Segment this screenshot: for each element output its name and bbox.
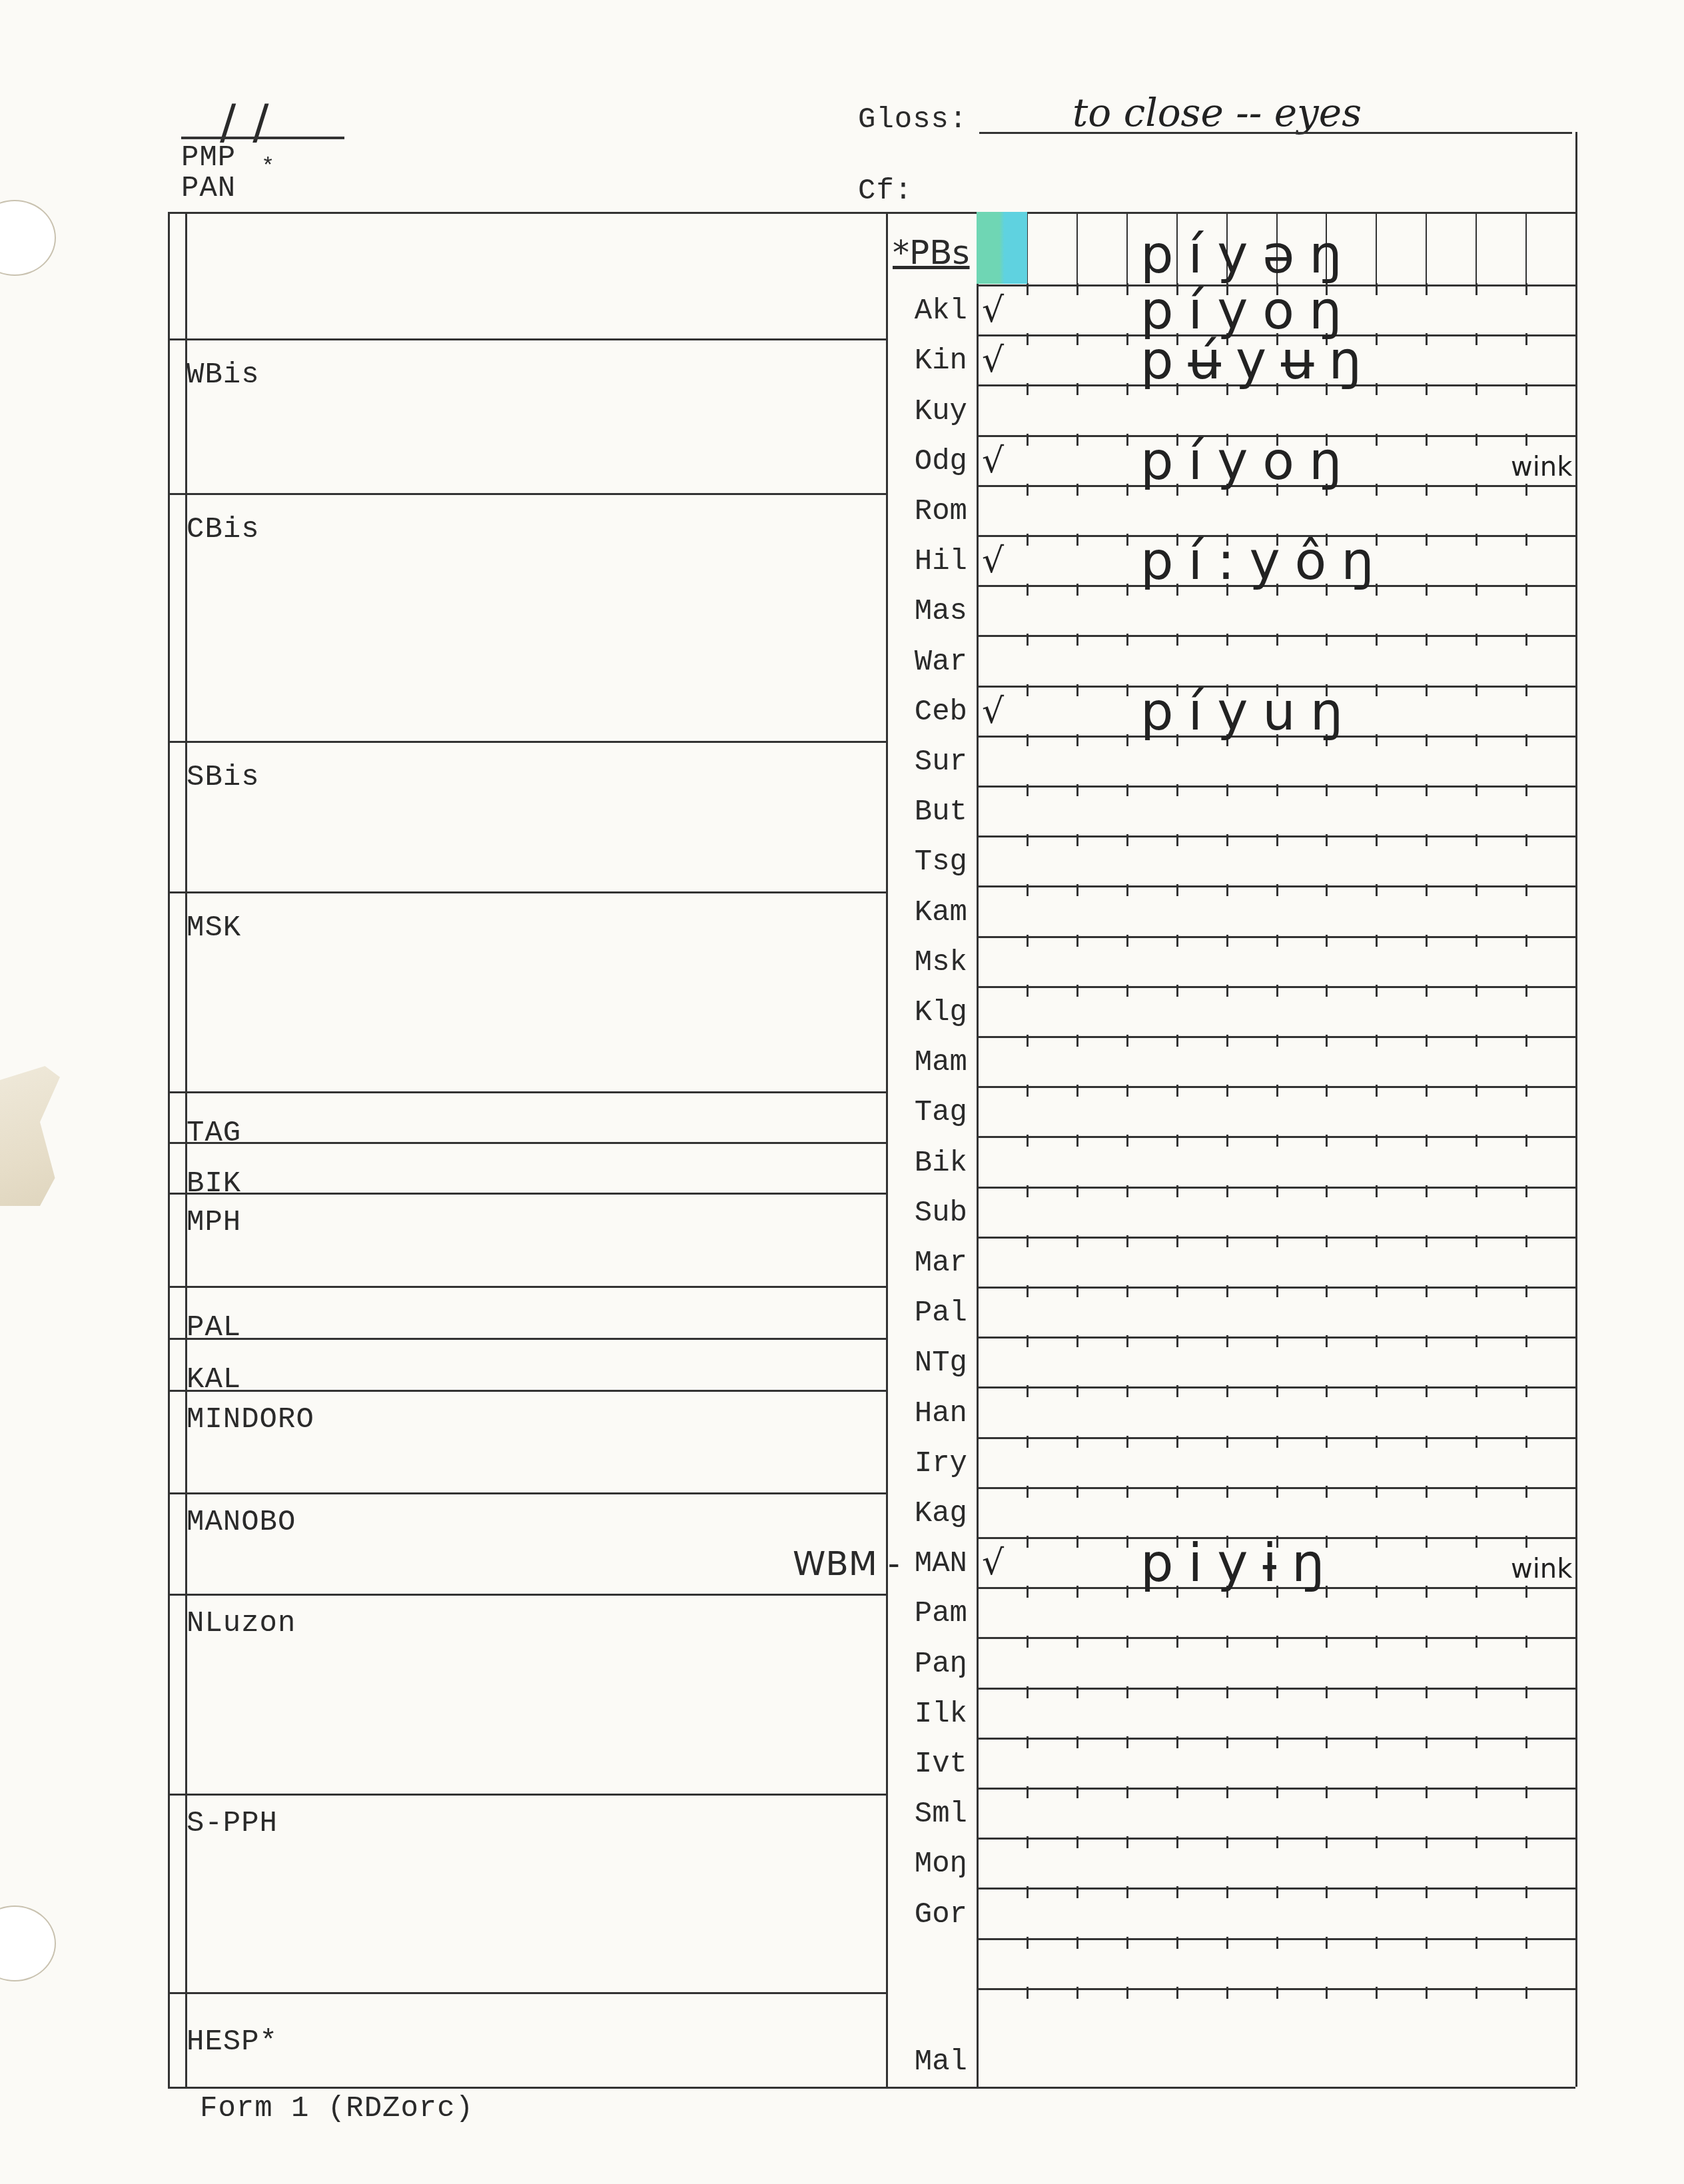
grid-tick [1475, 1987, 1477, 1999]
grid-tick [1475, 1536, 1477, 1548]
grid-tick [1027, 434, 1029, 446]
language-label: Rom [893, 495, 967, 528]
checkmark-icon[interactable]: √ [982, 1543, 1004, 1583]
checkmark-icon[interactable]: √ [982, 340, 1004, 380]
grid-tick [1276, 1235, 1278, 1247]
grid-tick [1126, 634, 1128, 646]
grid-tick [1426, 784, 1428, 796]
grid-tick [1076, 1486, 1078, 1498]
grid-tick [1076, 1636, 1078, 1648]
grid-tick [1525, 484, 1527, 496]
grid-tick [1276, 935, 1278, 947]
grid-tick [1525, 985, 1527, 997]
grid-tick [1426, 534, 1428, 546]
grid-tick [1525, 1636, 1527, 1648]
grid-tick [1525, 1035, 1527, 1047]
gloss-underline [979, 132, 1572, 134]
grid-tick [1326, 1335, 1328, 1347]
cf-label: Cf: [858, 175, 913, 208]
grid-tick [1126, 985, 1128, 997]
grid-tick [1176, 1686, 1178, 1698]
grid-tick [1426, 1836, 1428, 1848]
grid-tick [1126, 1736, 1128, 1748]
language-label: Ilk [893, 1698, 967, 1731]
grid-tick [1176, 985, 1178, 997]
pmp-asterisk: * [261, 155, 275, 180]
grid-tick [1126, 584, 1128, 596]
grid-tick [1525, 1536, 1527, 1548]
grid-tick [1376, 634, 1378, 646]
grid-tick [1426, 1636, 1428, 1648]
grid-tick [1475, 684, 1477, 696]
grid-tick [1426, 434, 1428, 446]
group-separator [168, 493, 886, 495]
grid-tick [1226, 834, 1228, 846]
language-label: Pam [893, 1597, 967, 1630]
grid-tick [1376, 684, 1378, 696]
group-notes-area[interactable] [188, 1796, 883, 1989]
reflex-form[interactable]: piyɨŋ [1140, 1534, 1339, 1594]
grid-tick [1176, 1035, 1178, 1047]
grid-tick [1426, 1786, 1428, 1798]
grid-tick [1376, 1937, 1378, 1949]
grid-tick [1126, 1185, 1128, 1197]
grid-tick [1326, 1836, 1328, 1848]
grid-tick [1525, 1185, 1527, 1197]
language-label: Mas [893, 595, 967, 628]
grid-tick [1076, 1335, 1078, 1347]
grid-tick [1027, 534, 1029, 546]
grid-tick [1027, 484, 1029, 496]
language-label: Gor [893, 1898, 967, 1931]
grid-tick [1176, 834, 1178, 846]
grid-tick [1426, 1285, 1428, 1297]
pbs-column-divider [1426, 212, 1427, 284]
grid-tick [1426, 383, 1428, 395]
grid-tick [1226, 1636, 1228, 1648]
grid-tick [1076, 283, 1078, 295]
grid-tick [1475, 333, 1477, 345]
grid-tick [1027, 1786, 1029, 1798]
grid-tick [1376, 1786, 1378, 1798]
grid-tick [1276, 1085, 1278, 1097]
checkmark-icon[interactable]: √ [982, 541, 1004, 581]
grid-tick [1076, 1686, 1078, 1698]
grid-tick [1226, 1235, 1228, 1247]
grid-tick [1076, 784, 1078, 796]
language-label: War [893, 646, 967, 679]
grid-tick [1076, 1736, 1078, 1748]
grid-tick [1226, 1736, 1228, 1748]
grid-tick [1326, 1285, 1328, 1297]
date-underline [181, 137, 344, 139]
grid-tick [1376, 1736, 1378, 1748]
grid-tick [1426, 283, 1428, 295]
grid-tick [1276, 985, 1278, 997]
group-notes-area[interactable] [188, 215, 883, 336]
group-separator [168, 1142, 886, 1144]
highlighter-mark [977, 212, 1027, 284]
grid-tick [1076, 1836, 1078, 1848]
group-notes-area[interactable] [188, 1495, 883, 1591]
group-separator [168, 1193, 886, 1195]
checkmark-icon[interactable]: √ [982, 692, 1004, 732]
group-notes-area[interactable] [188, 1995, 883, 2084]
grid-tick [1176, 1486, 1178, 1498]
grid-tick [1376, 1185, 1378, 1197]
checkmark-icon[interactable]: √ [982, 290, 1004, 330]
grid-tick [1525, 1085, 1527, 1097]
grid-tick [1226, 884, 1228, 896]
grid-tick [1376, 1987, 1378, 1999]
grid-tick [1176, 935, 1178, 947]
grid-tick [1027, 1686, 1029, 1698]
torn-punch-hole [0, 1066, 100, 1206]
grid-tick [1276, 1937, 1278, 1949]
group-notes-area[interactable] [188, 1392, 883, 1490]
grid-tick [1226, 784, 1228, 796]
grid-tick [1276, 1836, 1278, 1848]
grid-tick [1126, 1385, 1128, 1397]
grid-tick [1525, 1235, 1527, 1247]
grid-tick [1126, 434, 1128, 446]
grid-tick [1027, 1385, 1029, 1397]
grid-tick [1176, 1987, 1178, 1999]
grid-tick [1176, 884, 1178, 896]
grid-tick [1027, 1736, 1029, 1748]
grid-tick [1475, 1686, 1477, 1698]
grid-tick [1276, 884, 1278, 896]
grid-tick [1076, 1085, 1078, 1097]
grid-tick [1475, 1335, 1477, 1347]
group-notes-area[interactable] [188, 1289, 883, 1335]
grid-tick [1176, 1836, 1178, 1848]
reflex-form[interactable]: pʉ́yʉŋ [1140, 331, 1376, 391]
gloss-note[interactable]: wink [1511, 1554, 1572, 1584]
grid-tick [1475, 1937, 1477, 1949]
grid-tick [1326, 1436, 1328, 1448]
grid-tick [1276, 1786, 1278, 1798]
language-label: Mar [893, 1247, 967, 1280]
grid-tick [1475, 1135, 1477, 1147]
grid-tick [1076, 1185, 1078, 1197]
grid-tick [1027, 1987, 1029, 1999]
grid-tick [1475, 1285, 1477, 1297]
grid-tick [1326, 1385, 1328, 1397]
grid-tick [1426, 634, 1428, 646]
grid-tick [1426, 1135, 1428, 1147]
grid-tick [1076, 634, 1078, 646]
grid-tick [1276, 1686, 1278, 1698]
grid-tick [1525, 1135, 1527, 1147]
grid-tick [1326, 1987, 1328, 1999]
grid-tick [1475, 1235, 1477, 1247]
grid-tick [1126, 1536, 1128, 1548]
grid-tick [1326, 1135, 1328, 1147]
grid-tick [1076, 1285, 1078, 1297]
grid-tick [1076, 1436, 1078, 1448]
group-notes-area[interactable] [188, 1341, 883, 1387]
checkmark-icon[interactable]: √ [982, 441, 1004, 481]
grid-tick [1027, 1937, 1029, 1949]
grid-tick [1027, 383, 1029, 395]
grid-tick [1176, 1636, 1178, 1648]
grid-tick [1426, 584, 1428, 596]
grid-tick [1076, 684, 1078, 696]
grid-tick [1475, 935, 1477, 947]
grid-tick [1426, 834, 1428, 846]
grid-tick [1076, 1937, 1078, 1949]
grid-tick [1376, 283, 1378, 295]
grid-tick [1426, 1736, 1428, 1748]
grid-tick [1126, 1335, 1128, 1347]
language-label: Bik [893, 1147, 967, 1180]
grid-tick [1076, 1586, 1078, 1598]
grid-tick [1027, 1436, 1029, 1448]
grid-tick [1126, 333, 1128, 345]
group-notes-area[interactable] [188, 1094, 883, 1139]
grid-tick [1076, 584, 1078, 596]
grid-tick [1525, 1786, 1527, 1798]
grid-tick [1376, 1235, 1378, 1247]
language-label: Sml [893, 1798, 967, 1831]
grid-tick [1126, 484, 1128, 496]
grid-tick [1027, 1085, 1029, 1097]
reflex-form[interactable]: píyəŋ [1140, 225, 1357, 285]
grid-tick [1475, 383, 1477, 395]
grid-tick [1426, 935, 1428, 947]
grid-tick [1475, 1486, 1477, 1498]
grid-tick [1276, 1736, 1278, 1748]
grid-tick [1226, 1987, 1228, 1999]
grid-tick [1027, 333, 1029, 345]
grid-tick [1475, 1736, 1477, 1748]
grid-tick [1027, 1536, 1029, 1548]
group-notes-area[interactable] [188, 1596, 883, 1791]
grid-tick [1525, 684, 1527, 696]
grid-tick [1126, 283, 1128, 295]
grid-tick [1525, 1686, 1527, 1698]
grid-tick [1426, 333, 1428, 345]
grid-tick [1525, 1436, 1527, 1448]
grid-tick [1226, 1285, 1228, 1297]
grid-tick [1326, 1736, 1328, 1748]
grid-tick [1326, 834, 1328, 846]
reflex-form[interactable]: píyoŋ [1140, 432, 1357, 492]
pbs-column-divider [1475, 212, 1477, 284]
table-top-border [168, 212, 1575, 214]
grid-tick [1475, 1886, 1477, 1898]
grid-tick [1126, 884, 1128, 896]
grid-tick [1525, 1836, 1527, 1848]
grid-tick [1475, 283, 1477, 295]
grid-tick [1226, 1135, 1228, 1147]
grid-tick [1525, 634, 1527, 646]
language-label: But [893, 796, 967, 829]
grid-tick [1326, 1085, 1328, 1097]
grid-tick [1076, 834, 1078, 846]
grid-tick [1276, 1886, 1278, 1898]
grid-tick [1426, 1335, 1428, 1347]
grid-tick [1376, 1636, 1378, 1648]
grid-tick [1426, 1385, 1428, 1397]
grid-tick [1475, 1035, 1477, 1047]
grid-tick [1376, 1436, 1378, 1448]
grid-tick [1176, 1285, 1178, 1297]
gloss-note[interactable]: wink [1511, 452, 1572, 482]
grid-tick [1276, 1486, 1278, 1498]
grid-tick [1176, 1135, 1178, 1147]
pbs-column-divider [1126, 212, 1128, 284]
form-id-label: Form 1 (RDZorc) [200, 2092, 474, 2125]
grid-tick [1226, 1035, 1228, 1047]
grid-tick [1276, 1436, 1278, 1448]
grid-tick [1426, 1235, 1428, 1247]
group-notes-area[interactable] [188, 1145, 883, 1190]
grid-tick [1426, 1185, 1428, 1197]
group-notes-area[interactable] [188, 496, 883, 738]
grid-tick [1076, 884, 1078, 896]
grid-tick [1126, 534, 1128, 546]
grid-tick [1226, 1836, 1228, 1848]
grid-tick [1027, 1335, 1029, 1347]
grid-tick [1376, 1836, 1378, 1848]
grid-tick [1525, 1586, 1527, 1598]
grid-tick [1027, 1586, 1029, 1598]
grid-tick [1176, 1185, 1178, 1197]
grid-tick [1326, 1786, 1328, 1798]
language-label: Kag [893, 1497, 967, 1530]
grid-tick [1226, 1486, 1228, 1498]
group-separator [168, 891, 886, 893]
grid-tick [1376, 1085, 1378, 1097]
grid-tick [1426, 1886, 1428, 1898]
language-label: Kin [893, 344, 967, 378]
grid-tick [1126, 734, 1128, 746]
grid-tick [1326, 935, 1328, 947]
grid-tick [1525, 1486, 1527, 1498]
group-notes-area[interactable] [188, 744, 883, 889]
grid-tick [1027, 1135, 1029, 1147]
group-notes-area[interactable] [188, 1195, 883, 1283]
grid-tick [1276, 1385, 1278, 1397]
grid-tick [1027, 1185, 1029, 1197]
grid-tick [1276, 1636, 1278, 1648]
grid-tick [1525, 1987, 1527, 1999]
group-separator [168, 338, 886, 340]
group-separator [168, 1794, 886, 1796]
grid-tick [1276, 1185, 1278, 1197]
grid-tick [1426, 1035, 1428, 1047]
group-notes-area[interactable] [188, 341, 883, 490]
grid-tick [1027, 834, 1029, 846]
grid-tick [1525, 434, 1527, 446]
grid-tick [1475, 784, 1477, 796]
grid-tick [1426, 734, 1428, 746]
grid-tick [1027, 985, 1029, 997]
grid-tick [1027, 283, 1029, 295]
grid-tick [1276, 634, 1278, 646]
grid-tick [1027, 1235, 1029, 1247]
grid-tick [1126, 1836, 1128, 1848]
grid-tick [1475, 1085, 1477, 1097]
grid-tick [1027, 1636, 1029, 1648]
grid-tick [1475, 484, 1477, 496]
grid-tick [1475, 1586, 1477, 1598]
grid-tick [1376, 1536, 1378, 1548]
grid-tick [1126, 1486, 1128, 1498]
grid-tick [1326, 1686, 1328, 1698]
pan-label: PAN [181, 172, 236, 205]
group-separator [168, 1492, 886, 1494]
grid-tick [1176, 1786, 1178, 1798]
group-separator [168, 741, 886, 743]
group-separator [168, 1594, 886, 1596]
grid-tick [1126, 684, 1128, 696]
grid-tick [1525, 584, 1527, 596]
grid-tick [1126, 1937, 1128, 1949]
grid-tick [1176, 1385, 1178, 1397]
grid-tick [1326, 1486, 1328, 1498]
grid-tick [1376, 985, 1378, 997]
grid-tick [1525, 283, 1527, 295]
grid-tick [1126, 784, 1128, 796]
grid-tick [1126, 834, 1128, 846]
grid-tick [1475, 634, 1477, 646]
language-label: Pal [893, 1297, 967, 1330]
grid-tick [1076, 383, 1078, 395]
reflex-form[interactable]: píyuŋ [1140, 682, 1358, 742]
grid-tick [1027, 1836, 1029, 1848]
punch-hole-bottom [0, 1906, 56, 1981]
grid-tick [1525, 834, 1527, 846]
grid-tick [1525, 784, 1527, 796]
grid-tick [1376, 734, 1378, 746]
grid-tick [1475, 884, 1477, 896]
group-separator [168, 1091, 886, 1093]
grid-tick [1027, 1886, 1029, 1898]
grid-tick [1226, 1937, 1228, 1949]
grid-tick [1076, 1536, 1078, 1548]
grid-tick [1276, 1035, 1278, 1047]
punch-hole-top [0, 200, 56, 276]
grid-tick [1226, 1786, 1228, 1798]
grid-tick [1376, 484, 1378, 496]
grid-tick [1426, 1436, 1428, 1448]
grid-tick [1525, 333, 1527, 345]
grid-tick [1076, 1235, 1078, 1247]
gloss-value[interactable]: to close -- eyes [1072, 90, 1362, 135]
language-label: Tag [893, 1096, 967, 1129]
grid-tick [1475, 434, 1477, 446]
grid-tick [1126, 1987, 1128, 1999]
reflex-form[interactable]: pí:yôŋ [1140, 532, 1389, 592]
grid-tick [1076, 1035, 1078, 1047]
grid-tick [1126, 1686, 1128, 1698]
grid-tick [1475, 734, 1477, 746]
grid-tick [1027, 935, 1029, 947]
grid-tick [1426, 684, 1428, 696]
grid-tick [1475, 584, 1477, 596]
grid-tick [1426, 1937, 1428, 1949]
grid-tick [1076, 1135, 1078, 1147]
language-label: Msk [893, 946, 967, 979]
grid-tick [1326, 1937, 1328, 1949]
grid-tick [1326, 1235, 1328, 1247]
group-notes-area[interactable] [188, 894, 883, 1089]
grid-tick [1475, 1185, 1477, 1197]
language-label: Mam [893, 1046, 967, 1079]
